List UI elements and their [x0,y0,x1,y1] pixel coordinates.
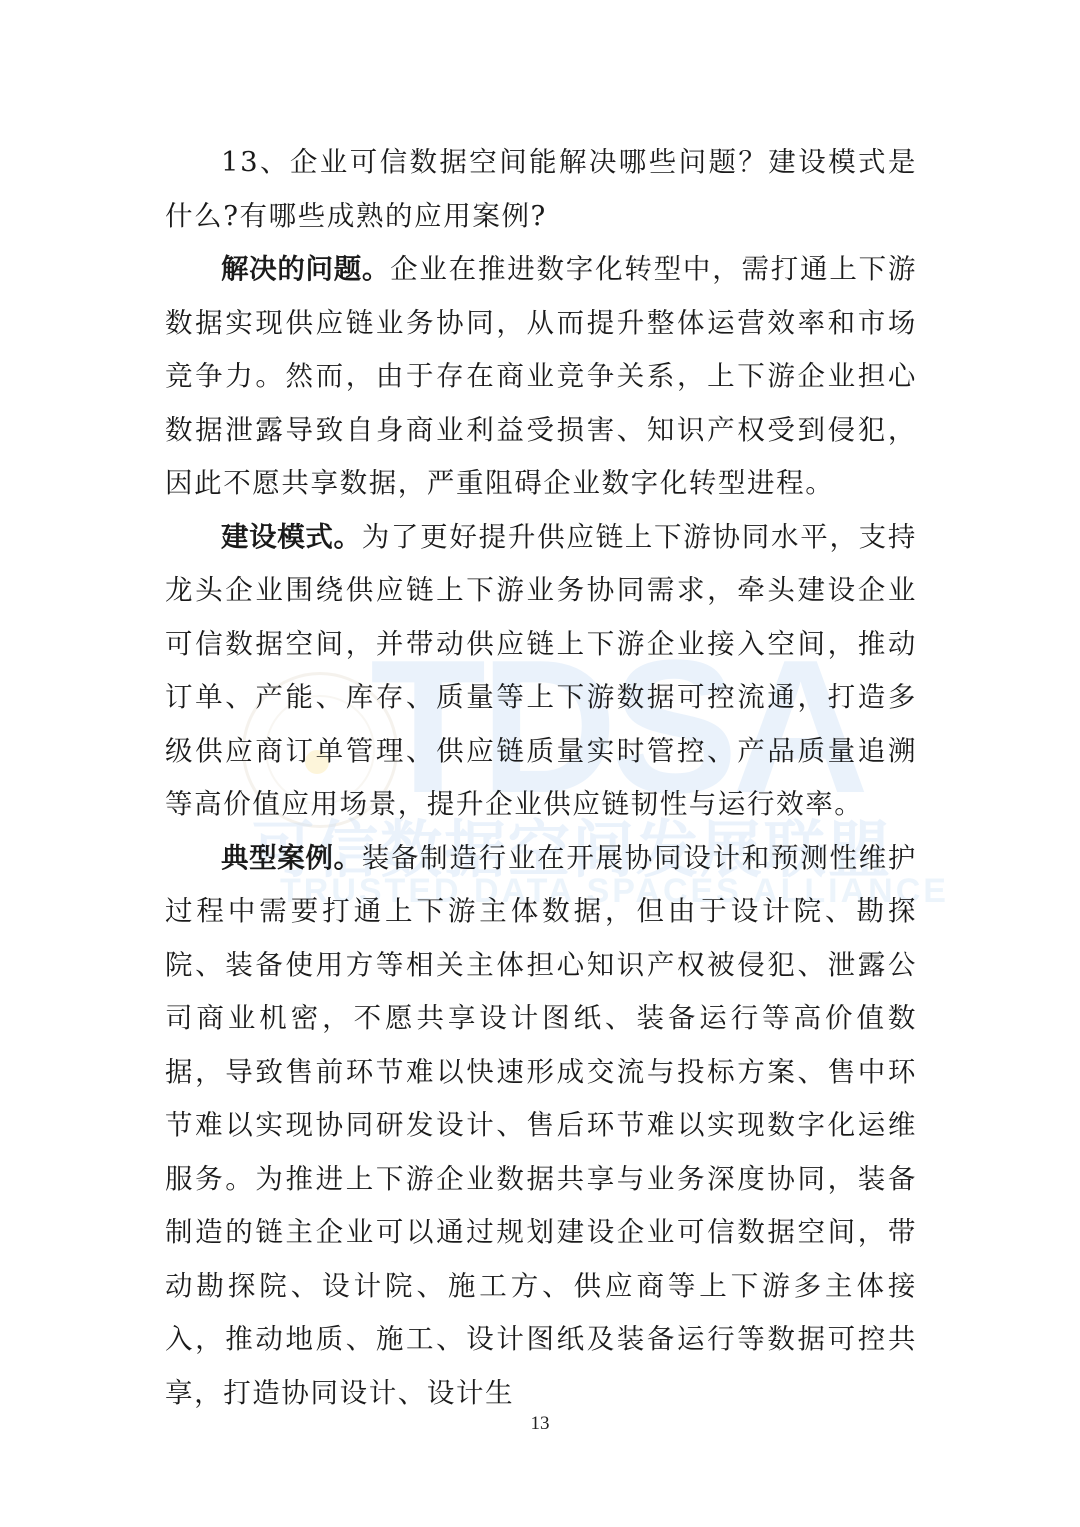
section-typical-case: 典型案例。装备制造行业在开展协同设计和预测性维护过程中需要打通上下游主体数据，但… [165,832,917,1421]
section-lead: 典型案例。 [221,842,362,874]
section-problems: 解决的问题。企业在推进数字化转型中，需打通上下游数据实现供应链业务协同，从而提升… [165,243,917,511]
section-lead: 解决的问题。 [221,253,390,285]
question-heading: 13、企业可信数据空间能解决哪些问题？建设模式是什么?有哪些成熟的应用案例? [165,136,917,243]
page-number: 13 [0,1413,1080,1435]
section-construction-mode: 建设模式。为了更好提升供应链上下游协同水平，支持龙头企业围绕供应链上下游业务协同… [165,511,917,832]
page-content: 13、企业可信数据空间能解决哪些问题？建设模式是什么?有哪些成熟的应用案例? 解… [165,136,917,1420]
section-lead: 建设模式。 [221,521,362,553]
section-body: 装备制造行业在开展协同设计和预测性维护过程中需要打通上下游主体数据，但由于设计院… [165,842,917,1409]
section-body: 为了更好提升供应链上下游协同水平，支持龙头企业围绕供应链上下游业务协同需求，牵头… [165,521,917,821]
section-body: 企业在推进数字化转型中，需打通上下游数据实现供应链业务协同，从而提升整体运营效率… [165,253,917,499]
